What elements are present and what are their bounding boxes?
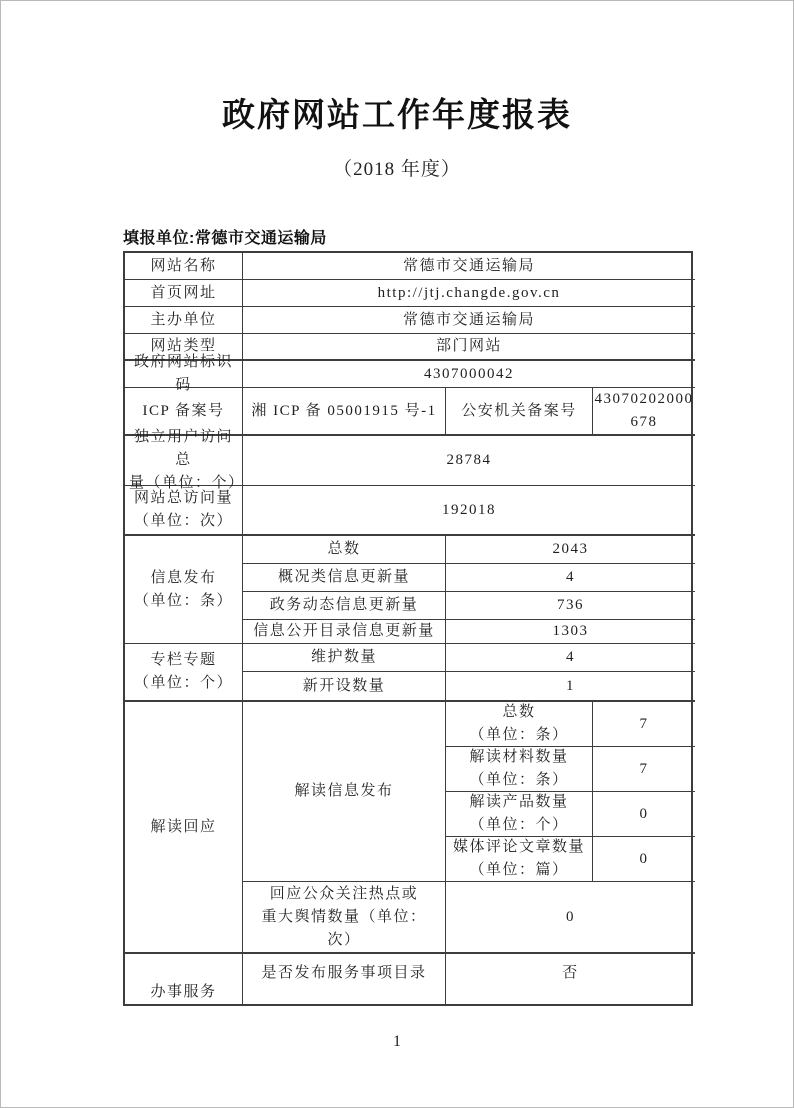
info-publish-row-label: 政务动态信息更新量 (243, 592, 446, 620)
reporting-unit: 填报单位:常德市交通运输局 (123, 225, 327, 248)
total-visits-label: 网站总访问量 （单位：次） (125, 486, 243, 536)
site-code-label: 政府网站标识码 (125, 361, 243, 388)
interpretation-row-value: 7 (593, 747, 695, 792)
total-visits-value: 192018 (243, 486, 695, 536)
info-publish-row-value: 4 (446, 564, 695, 592)
sponsor-value: 常德市交通运输局 (243, 307, 695, 334)
info-publish-group-label: 信息发布 （单位：条） (125, 536, 243, 644)
interpretation-response-value: 0 (446, 882, 695, 954)
services-group-label: 办事服务 (125, 954, 243, 1004)
special-columns-row-value: 1 (446, 672, 695, 702)
icp-value: 湘 ICP 备 05001915 号-1 (243, 388, 446, 436)
annual-report-table: 网站名称 常德市交通运输局 首页网址 http://jtj.changde.go… (123, 251, 693, 1006)
special-columns-row-label: 新开设数量 (243, 672, 446, 702)
site-code-value: 4307000042 (243, 361, 695, 388)
special-columns-group-label: 专栏专题 （单位：个） (125, 644, 243, 702)
police-record-label: 公安机关备案号 (446, 388, 593, 436)
site-type-value: 部门网站 (243, 334, 695, 361)
unique-visitors-label: 独立用户访问总 量（单位：个） (125, 436, 243, 486)
interpretation-group-label: 解读回应 (125, 702, 243, 954)
info-publish-row-value: 1303 (446, 620, 695, 644)
page-number: 1 (1, 1033, 793, 1051)
info-publish-row-value: 2043 (446, 536, 695, 564)
interpretation-row-value: 7 (593, 702, 695, 747)
home-url-value: http://jtj.changde.gov.cn (243, 280, 695, 307)
interpretation-row-label: 解读材料数量 （单位：条） (446, 747, 593, 792)
interpretation-row-label: 解读产品数量 （单位：个） (446, 792, 593, 837)
services-catalog-label: 是否发布服务事项目录 (243, 954, 446, 1004)
interpretation-response-label: 回应公众关注热点或 重大舆情数量（单位： 次） (243, 882, 446, 954)
special-columns-row-label: 维护数量 (243, 644, 446, 672)
info-publish-row-value: 736 (446, 592, 695, 620)
home-url-label: 首页网址 (125, 280, 243, 307)
page-title: 政府网站工作年度报表 (1, 89, 793, 136)
info-publish-row-label: 信息公开目录信息更新量 (243, 620, 446, 644)
special-columns-row-value: 4 (446, 644, 695, 672)
page-subtitle: （2018 年度） (1, 154, 793, 181)
services-catalog-value: 否 (446, 954, 695, 1004)
site-name-label: 网站名称 (125, 253, 243, 280)
info-publish-row-label: 总数 (243, 536, 446, 564)
report-page: { "page": { "title": "政府网站工作年度报表", "subt… (0, 0, 794, 1108)
interpretation-row-value: 0 (593, 837, 695, 882)
interpretation-row-label: 媒体评论文章数量 （单位：篇） (446, 837, 593, 882)
interpretation-publish-label: 解读信息发布 (243, 702, 446, 882)
unique-visitors-value: 28784 (243, 436, 695, 486)
interpretation-row-value: 0 (593, 792, 695, 837)
sponsor-label: 主办单位 (125, 307, 243, 334)
interpretation-row-label: 总数 （单位：条） (446, 702, 593, 747)
info-publish-row-label: 概况类信息更新量 (243, 564, 446, 592)
site-name-value: 常德市交通运输局 (243, 253, 695, 280)
police-record-value: 43070202000 678 (593, 388, 695, 436)
